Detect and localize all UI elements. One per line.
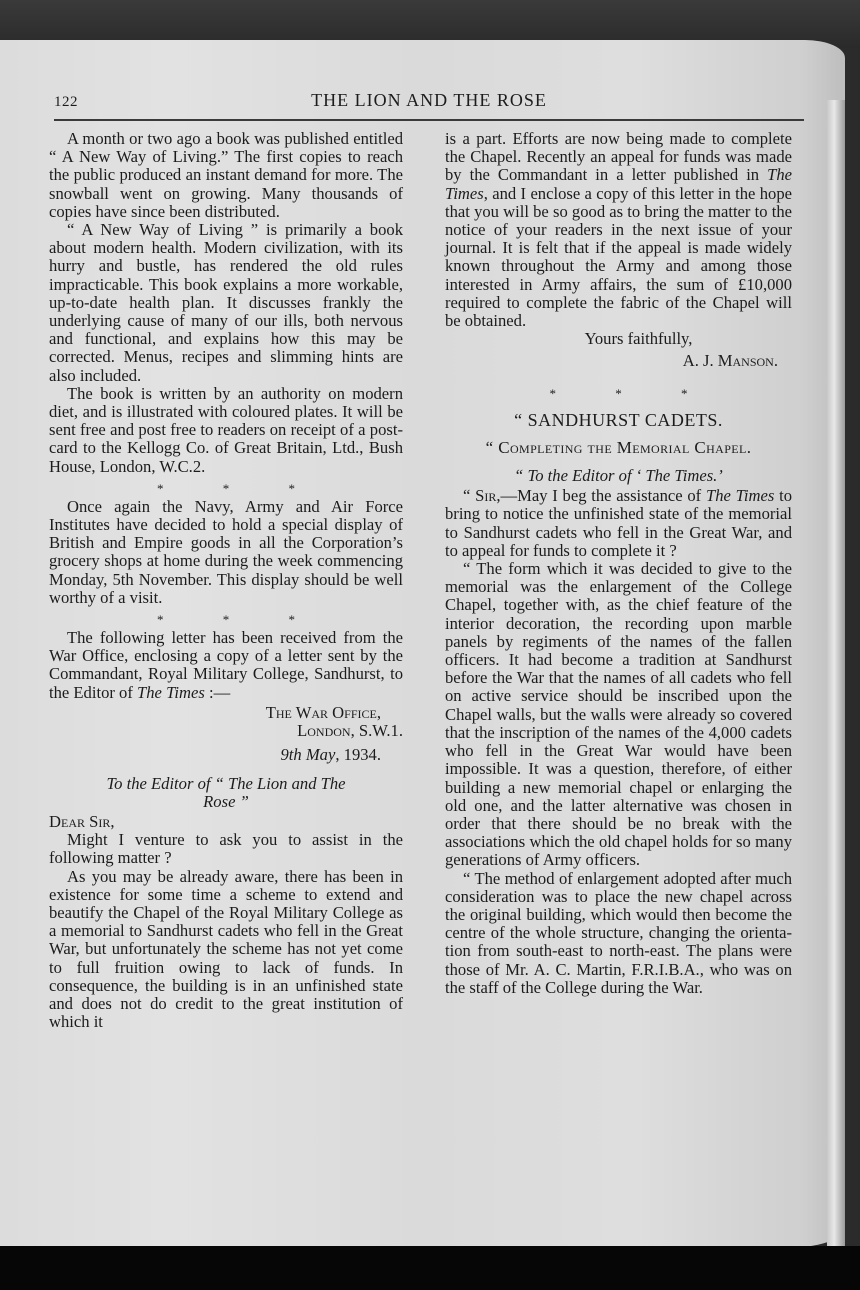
- page-header: 122 THE LION AND THE ROSE: [54, 90, 804, 120]
- kellogg-paragraph-3: The book is written by an authority on m…: [49, 385, 403, 476]
- naafi-paragraph: Once again the Navy, Army and Air Force …: [49, 498, 403, 607]
- times-letter-paragraph-1: “ Sir,—May I beg the assistance of The T…: [445, 487, 792, 560]
- kellogg-paragraph-1: A month or two ago a book was pub­lished…: [49, 130, 403, 221]
- header-rule: [54, 119, 804, 121]
- address-line-1: The War Office,: [49, 704, 403, 722]
- salutation: Dear Sir,: [49, 813, 403, 831]
- kellogg-paragraph-2: “ A New Way of Living ” is primarily a b…: [49, 221, 403, 385]
- letter-paragraph-continued: is a part. Efforts are now being made to…: [445, 130, 792, 330]
- times-letter-paragraph-2: “ The form which it was decided to give …: [445, 560, 792, 869]
- section-subtitle: “ Completing the Memorial Chapel.: [445, 439, 792, 457]
- address-line-2: London, S.W.1.: [49, 722, 403, 740]
- letter-date: 9th May, 1934.: [49, 746, 403, 764]
- section-separator: * * *: [49, 613, 403, 627]
- times-letter-paragraph-3: “ The method of enlargement adopted afte…: [445, 870, 792, 997]
- section-separator: * * *: [445, 387, 792, 401]
- closing: Yours faithfully,: [445, 330, 792, 348]
- right-column: is a part. Efforts are now being made to…: [445, 130, 792, 997]
- section-title: “ SANDHURST CADETS.: [445, 411, 792, 429]
- editor-heading-line-2: Rose ”: [49, 793, 403, 811]
- running-title: THE LION AND THE ROSE: [54, 90, 804, 111]
- signature: A. J. Manson.: [445, 352, 792, 370]
- scan-background-bottom: [0, 1246, 860, 1290]
- letter-paragraph-2: As you may be already aware, there has b…: [49, 868, 403, 1032]
- editor-heading: “ To the Editor of ‘ The Times.’: [445, 467, 792, 485]
- left-column: A month or two ago a book was pub­lished…: [49, 130, 403, 1031]
- section-separator: * * *: [49, 482, 403, 496]
- editor-heading-line-1: To the Editor of “ The Lion and The: [49, 775, 403, 793]
- page-edge: [827, 100, 845, 1280]
- times-title: The Times: [137, 683, 205, 702]
- war-office-intro: The following letter has been received f…: [49, 629, 403, 702]
- letter-paragraph-1: Might I venture to ask you to assist in …: [49, 831, 403, 867]
